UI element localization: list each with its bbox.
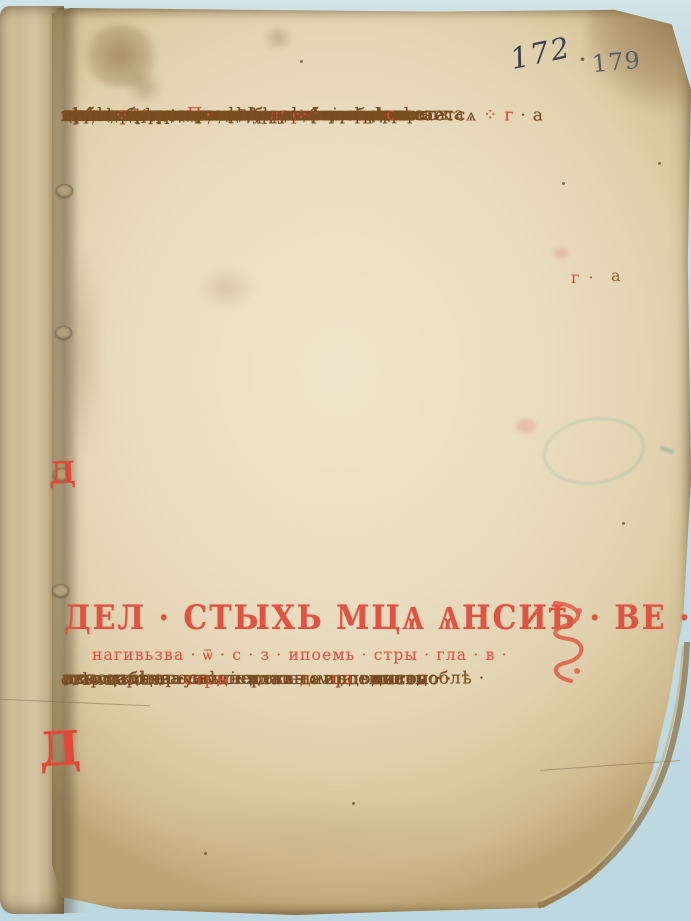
ink-text-segment: и тро · [136,105,206,125]
sewing-thread-knot [55,326,72,339]
rubric-flourish-ornament [541,597,595,687]
ink-text-segment: истоивызаресвѣтлостьѧ анпросимавь [64,668,426,689]
margin-gloss-red: г · [571,268,596,287]
margin-initial-bottom: Д [38,721,83,778]
rubric-instruction-line: нагивьзва · ѿ · с · з · ипоемь · стры · … [92,646,508,665]
rubric-text-segment: ⁘ г [483,105,514,125]
stain [196,268,256,308]
rubric-text-segment: ⁘ [114,106,135,126]
manuscript-scan: 172 · 179 побѣдивьше · ипѫтѣхавьвѣ рмате… [0,0,691,921]
chapter-heading-rubric: ДЕЛ · СТЫХЬ МЦѦ ѦНСИѢ · ВЕ · [64,599,691,638]
sewing-thread-knot [52,584,69,597]
stain [122,72,166,102]
ink-text-segment: · а [514,105,544,125]
speck [622,522,625,525]
ink-text-segment: вѣкы [61,106,114,126]
sewing-thread-knot [56,184,73,197]
water-stain [140,795,480,890]
folio-separator-dot: · [579,47,586,71]
folio-number-pencil: 179 [591,46,642,78]
speck [204,852,207,855]
faded-rubric-smudge [554,248,568,258]
ink-text-segment: и ѿ поу [218,105,294,125]
stain [82,24,160,88]
speck [562,182,565,185]
margin-gloss-ink: а [611,266,621,285]
speck [300,60,303,63]
speck [352,802,355,805]
faded-rubric-smudge [516,419,536,433]
stain [260,27,296,49]
rubric-text-segment: ⁘ [294,105,309,125]
speck [658,162,661,165]
margin-initial-mid: Д [48,456,76,492]
rubric-text-segment: · [206,105,218,125]
